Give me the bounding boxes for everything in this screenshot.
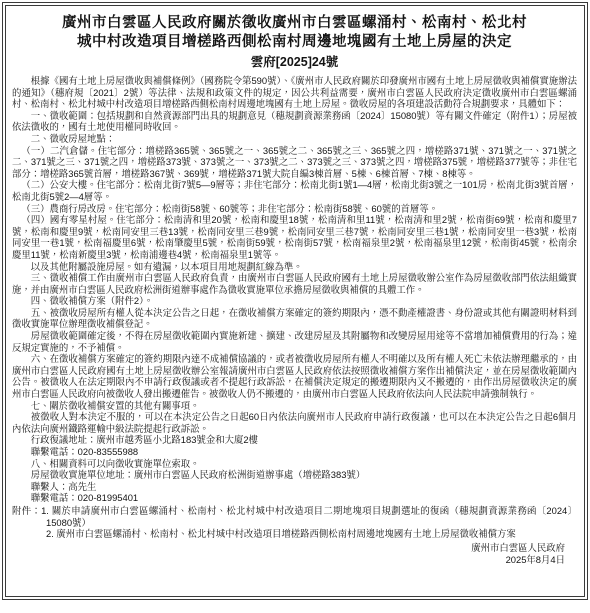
- attachments-label: 附件：: [12, 505, 41, 516]
- document-inner-border: 廣州市白雲區人民政府關於徵收廣州市白雲區螺涌村、松南村、松北村 城中村改造項目增…: [5, 5, 585, 597]
- issue-date: 2025年8月4日: [12, 554, 565, 567]
- attachments-block: 附件：1. 關於申請廣州市白雲區螺涌村、松南村、松北村城中村改造項目二期地塊項目…: [12, 505, 577, 540]
- document-body: 根據《國有土地上房屋徵收與補償條例》（國務院令第590號）、《廣州市人民政府關於…: [12, 75, 577, 567]
- body-paragraph-contact-phone: 聯繫電話：020-81995401: [12, 492, 577, 504]
- body-paragraph-item4: （四）國有零星村屋。住宅部分：松南清和里20號，松南和慶里18號，松南清和里11…: [12, 214, 577, 260]
- body-paragraph-section1: 一、徵收範圍：包括規劃和自然資源部門出具的規劃意見（穗規劃資源業務函〔2024〕…: [12, 110, 577, 133]
- document-outer-border: 廣州市白雲區人民政府關於徵收廣州市白雲區螺涌村、松南村、松北村 城中村改造項目增…: [2, 2, 588, 600]
- body-paragraph-section8: 八、相關資料可以向徵收實施單位索取。: [12, 458, 577, 470]
- body-paragraph-section5: 五、被徵收房屋所有權人從本決定公告之日起，在徵收補償方案確定的簽約期限內，憑不動…: [12, 307, 577, 330]
- body-paragraph-section3: 三、徵收補償工作由廣州市白雲區人民政府負責，由廣州市白雲區人民政府國有土地上房屋…: [12, 272, 577, 295]
- body-paragraph-section2: 二、徵收房屋地點：: [12, 133, 577, 145]
- body-paragraph-intro: 根據《國有土地上房屋徵收與補償條例》（國務院令第590號）、《廣州市人民政府關於…: [12, 75, 577, 110]
- body-paragraph-section4: 四、徵收補償方案（附件2）。: [12, 295, 577, 307]
- body-paragraph-review-address: 行政復議地址：廣州市越秀區小北路183號金和大廈2樓: [12, 434, 577, 446]
- attachment-item-1: 1. 關於申請廣州市白雲區螺涌村、松南村、松北村城中村改造項目二期地塊項目規劃選…: [41, 505, 577, 528]
- body-paragraph-review-phone: 聯繫電話：020-83555988: [12, 446, 577, 458]
- attachment-line-2: 2. 廣州市白雲區螺涌村、松南村、松北村城中村改造項目增槎路西側松南村周邊地塊國…: [12, 528, 577, 540]
- body-paragraph-other-houses: 以及其他附屬設施房屋。如有遺漏，以本項目用地規劃紅線為準。: [12, 261, 577, 273]
- document-page: 廣州市白雲區人民政府關於徵收廣州市白雲區螺涌村、松南村、松北村 城中村改造項目增…: [0, 0, 590, 613]
- document-title-line2: 城中村改造項目增槎路西側松南村周邊地塊國有土地上房屋的決定: [12, 33, 577, 52]
- body-paragraph-contact-person: 聯繫人：高先生: [12, 481, 577, 493]
- body-paragraph-unit-address: 房屋徵收實施單位地址：廣州市白雲區人民政府松洲街道辦事處（增槎路383號）: [12, 469, 577, 481]
- document-title: 廣州市白雲區人民政府關於徵收廣州市白雲區螺涌村、松南村、松北村 城中村改造項目增…: [12, 14, 577, 52]
- body-paragraph-item3: （三）農商行房改房。住宅部分：松南街58號、60號等；非住宅部分：松南街58號、…: [12, 203, 577, 215]
- signature-block: 廣州市白雲區人民政府 2025年8月4日: [12, 542, 577, 567]
- attachment-item-2: 2. 廣州市白雲區螺涌村、松南村、松北村城中村改造項目增槎路西側松南村周邊地塊國…: [46, 528, 516, 539]
- body-paragraph-item2: （二）公安大樓。住宅部分：松南北街7號5—9層等；非住宅部分：松南北街1號1—4…: [12, 179, 577, 202]
- body-paragraph-section7: 七、關於徵收補償安置的其他有關事項。: [12, 400, 577, 412]
- issuer-signature: 廣州市白雲區人民政府: [12, 542, 565, 555]
- body-paragraph-appeal: 被徵收人對本決定不服的，可以在本決定公告之日起60日內依法向廣州市人民政府申請行…: [12, 411, 577, 434]
- attachment-line-1: 附件：1. 關於申請廣州市白雲區螺涌村、松南村、松北村城中村改造項目二期地塊項目…: [12, 505, 577, 528]
- body-paragraph-item1: （一）二汽倉儲。住宅部分：增槎路365號、365號之一、365號之二、365號之…: [12, 145, 577, 180]
- body-paragraph-scope-note: 房屋徵收範圍確定後，不得在房屋徵收範圍內實施新建、擴建、改建房屋及其附屬物和改變…: [12, 330, 577, 353]
- document-title-line1: 廣州市白雲區人民政府關於徵收廣州市白雲區螺涌村、松南村、松北村: [12, 14, 577, 33]
- doc-number: 雲府[2025]24號: [12, 54, 577, 71]
- body-paragraph-section6: 六、在徵收補償方案確定的簽約期限內達不成補償協議的，或者被徵收房屋所有權人不明確…: [12, 353, 577, 399]
